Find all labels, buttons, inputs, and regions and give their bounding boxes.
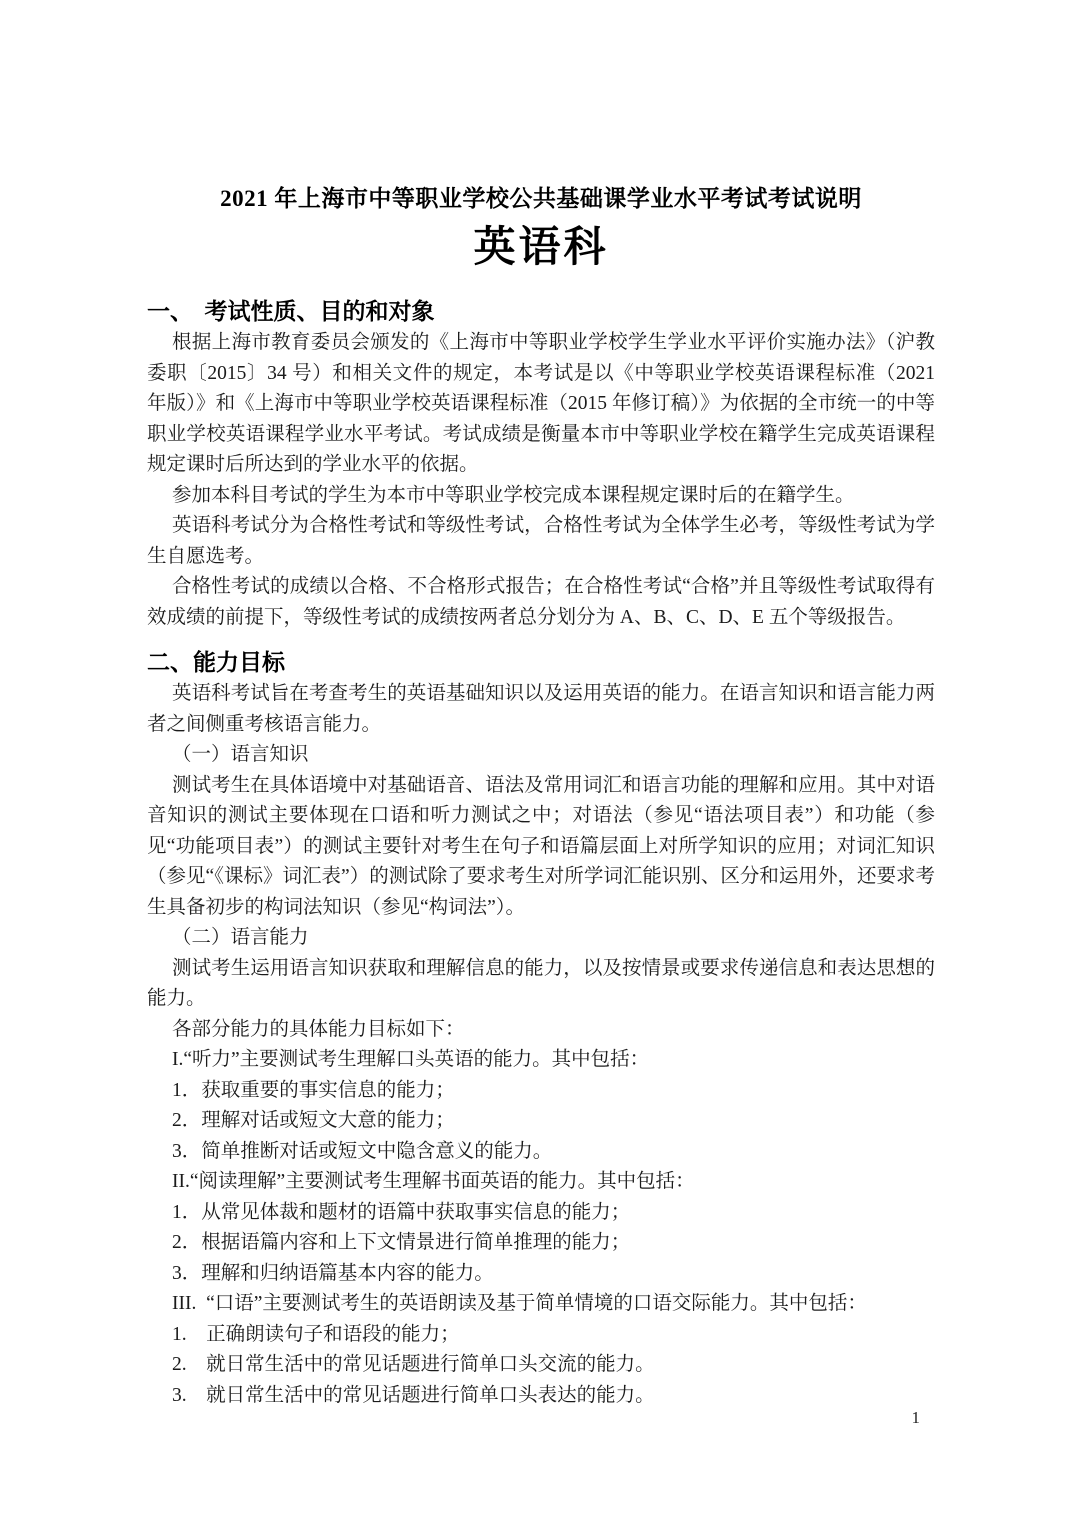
speaking-item-3: 3. 就日常生活中的常见话题进行简单口头表达的能力。 bbox=[147, 1381, 935, 1412]
reading-item-2: 2．根据语篇内容和上下文情景进行简单推理的能力； bbox=[147, 1228, 935, 1259]
subsection-1-body: 测试考生在具体语境中对基础语音、语法及常用词汇和语言功能的理解和应用。其中对语音… bbox=[147, 771, 935, 924]
section-1-heading: 一、 考试性质、目的和对象 bbox=[147, 296, 935, 326]
speaking-heading: III. “口语”主要测试考生的英语朗读及基于简单情境的口语交际能力。其中包括： bbox=[147, 1289, 935, 1320]
reading-heading: II.“阅读理解”主要测试考生理解书面英语的能力。其中包括： bbox=[147, 1167, 935, 1198]
listening-item-3: 3．简单推断对话或短文中隐含意义的能力。 bbox=[147, 1137, 935, 1168]
reading-item-1: 1．从常见体裁和题材的语篇中获取事实信息的能力； bbox=[147, 1198, 935, 1229]
document-title: 2021 年上海市中等职业学校公共基础课学业水平考试考试说明 bbox=[147, 184, 935, 214]
listening-heading: I.“听力”主要测试考生理解口头英语的能力。其中包括： bbox=[147, 1045, 935, 1076]
page-number: 1 bbox=[912, 1408, 921, 1428]
subject-title: 英语科 bbox=[147, 220, 935, 274]
document-page: 2021 年上海市中等职业学校公共基础课学业水平考试考试说明 英语科 一、 考试… bbox=[0, 0, 1080, 1527]
listening-item-2: 2．理解对话或短文大意的能力； bbox=[147, 1106, 935, 1137]
speaking-item-2: 2. 就日常生活中的常见话题进行简单口头交流的能力。 bbox=[147, 1350, 935, 1381]
section-1-paragraph-4: 合格性考试的成绩以合格、不合格形式报告；在合格性考试“合格”并且等级性考试取得有… bbox=[147, 572, 935, 633]
section-2-intro: 英语科考试旨在考查考生的英语基础知识以及运用英语的能力。在语言知识和语言能力两者… bbox=[147, 679, 935, 740]
speaking-item-1: 1. 正确朗读句子和语段的能力； bbox=[147, 1320, 935, 1351]
reading-item-3: 3．理解和归纳语篇基本内容的能力。 bbox=[147, 1259, 935, 1290]
subsection-2-heading: （二）语言能力 bbox=[147, 923, 935, 954]
subsection-2-body: 测试考生运用语言知识获取和理解信息的能力，以及按情景或要求传递信息和表达思想的能… bbox=[147, 954, 935, 1015]
section-1-paragraph-3: 英语科考试分为合格性考试和等级性考试，合格性考试为全体学生必考，等级性考试为学生… bbox=[147, 511, 935, 572]
section-1-paragraph-1: 根据上海市教育委员会颁发的《上海市中等职业学校学生学业水平评价实施办法》（沪教委… bbox=[147, 328, 935, 481]
section-2-heading: 二、能力目标 bbox=[147, 647, 935, 677]
listening-item-1: 1．获取重要的事实信息的能力； bbox=[147, 1076, 935, 1107]
subsection-1-heading: （一）语言知识 bbox=[147, 740, 935, 771]
section-1-paragraph-2: 参加本科目考试的学生为本市中等职业学校完成本课程规定课时后的在籍学生。 bbox=[147, 481, 935, 512]
goals-intro: 各部分能力的具体能力目标如下： bbox=[147, 1015, 935, 1046]
